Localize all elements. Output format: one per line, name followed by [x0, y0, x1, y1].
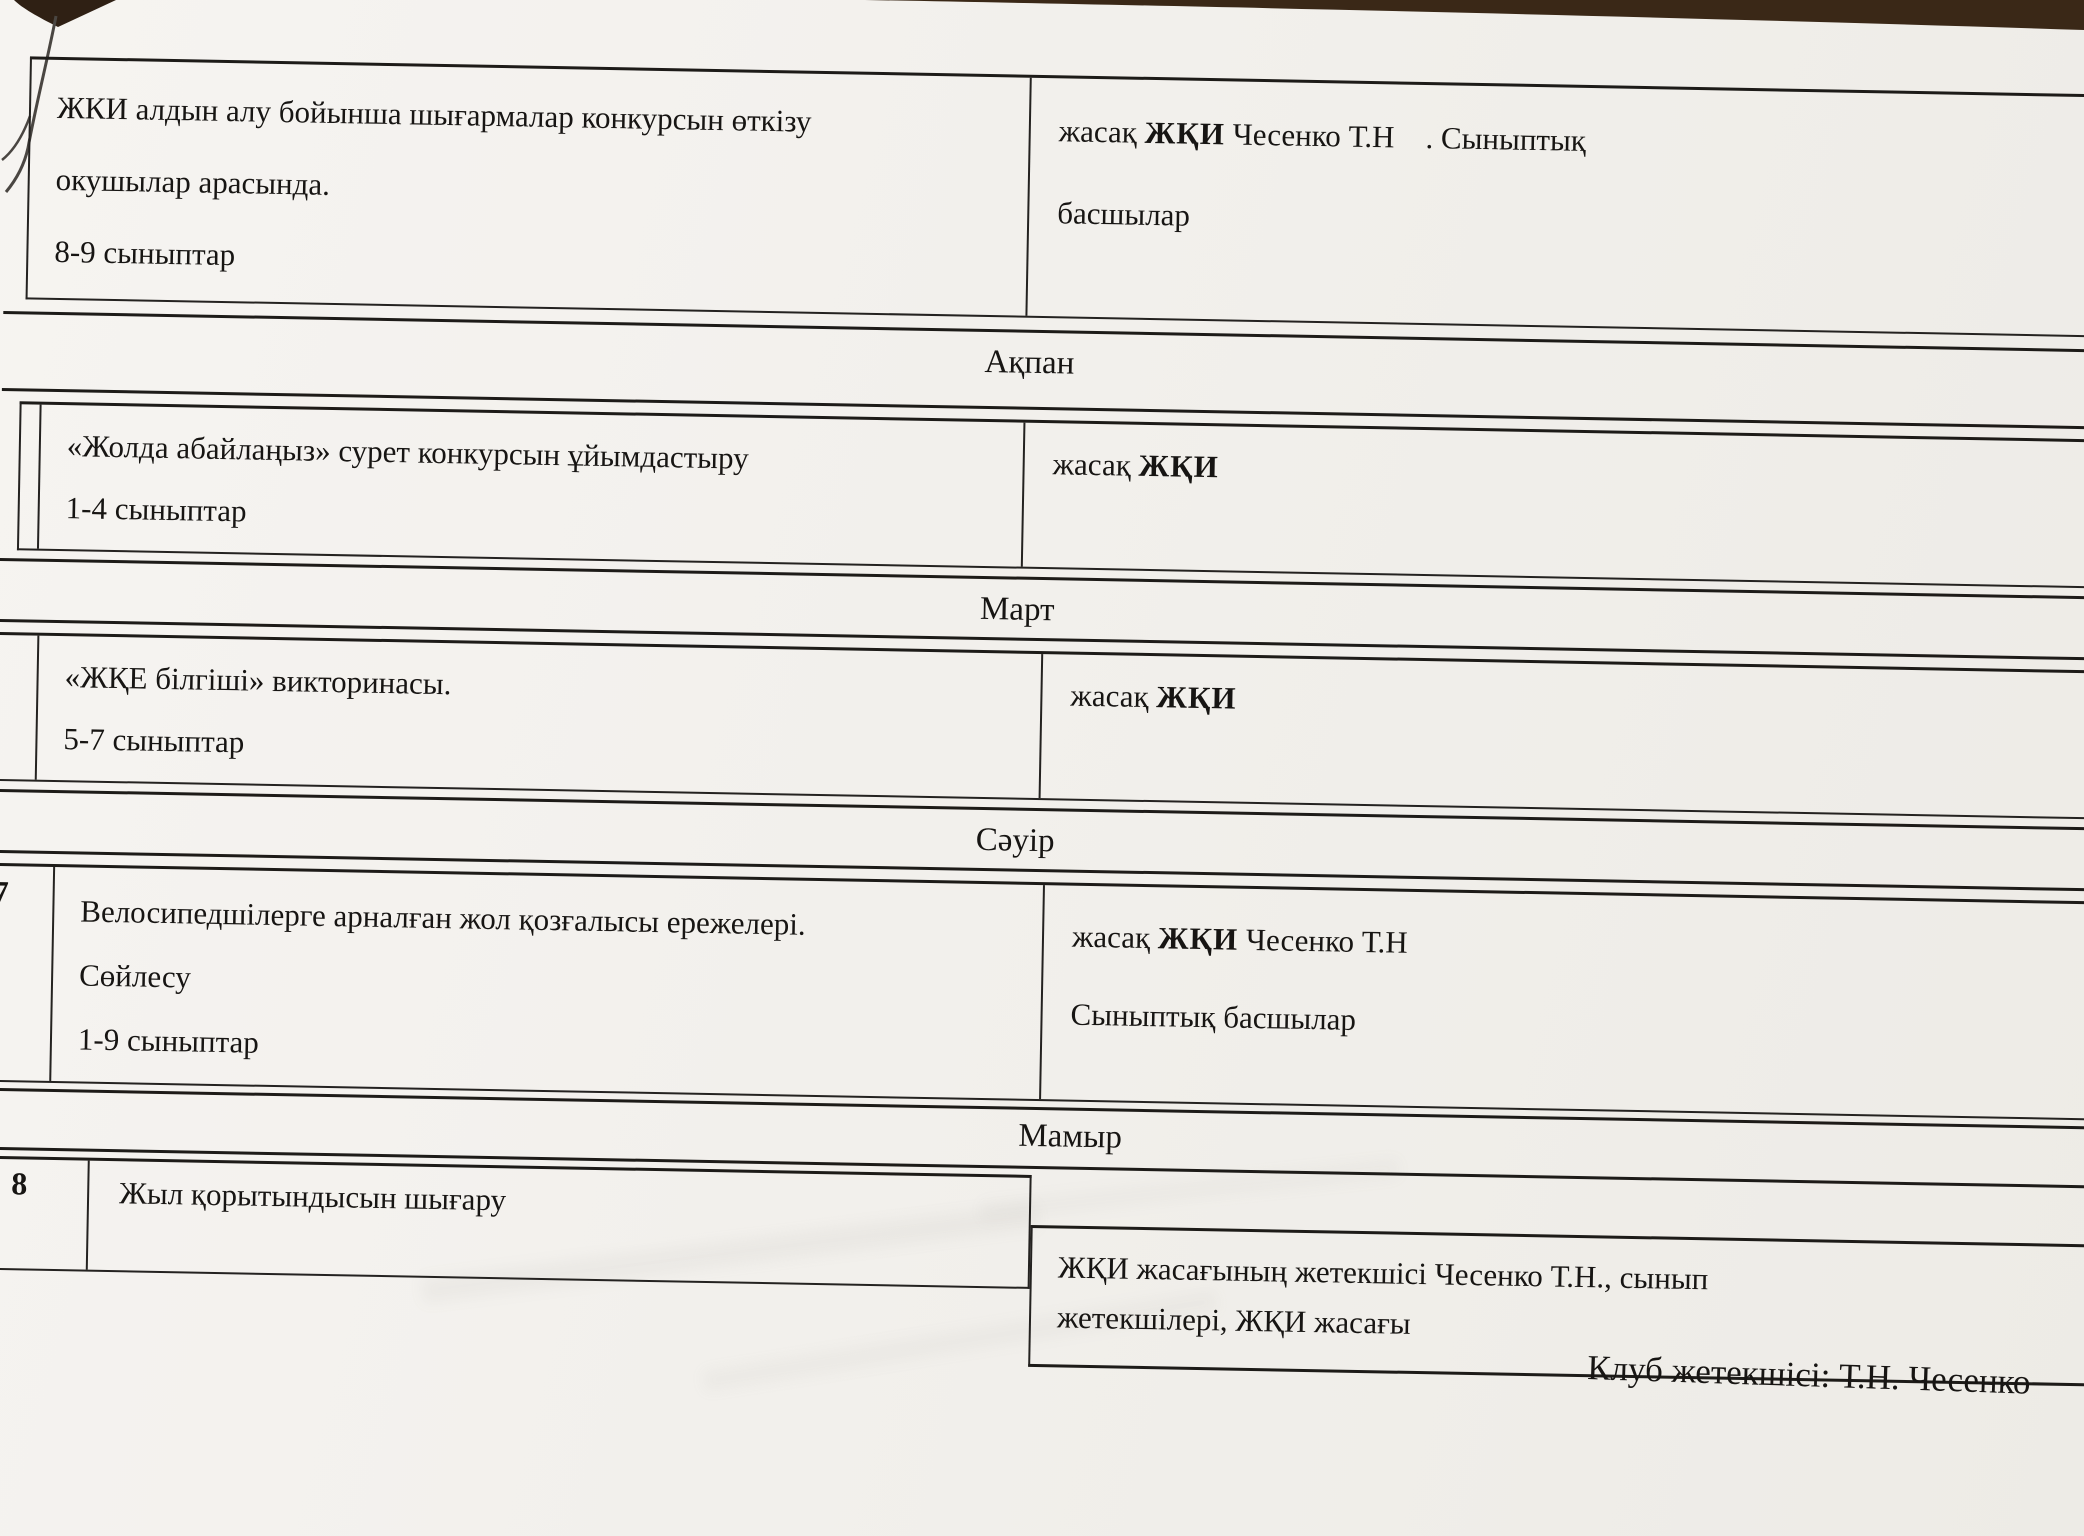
responsible-text: Сыныптық басшылар: [1070, 976, 2084, 1076]
responsible-cell: жасақ ЖҚИ: [1023, 423, 2084, 591]
activity-cell: «ЖҚЕ білгіші» викторинасы. 5-7 сыныптар: [37, 636, 1043, 798]
month-label-march: Март: [980, 591, 1055, 629]
scanned-document-page: { "months": { "february": "Ақпан", "marc…: [0, 0, 2084, 1536]
responsible-text: басшылар: [1057, 172, 2084, 277]
page-corner-fold: [14, 0, 116, 27]
responsible-cell: жасақ ЖҚИ Чесенко Т.Н . Сыныптық басшыла…: [1027, 78, 2084, 340]
table-row: 7 Велосипедшілерге арналған жол қозғалыс…: [0, 863, 2084, 1125]
month-label-february: Ақпан: [984, 344, 1075, 383]
row-left-box: 8 Жыл қорытындысын шығару: [0, 1156, 1032, 1289]
responsible-text: жасақ ЖҚИ: [1052, 433, 2084, 518]
scanner-edge-strip: [865, 0, 2084, 30]
responsible-text-part: Чесенко Т.Н: [1238, 922, 1408, 960]
activity-text: Жыл қорытындысын шығару: [119, 1175, 507, 1218]
responsible-text-bold: ЖҚИ: [1158, 920, 1239, 956]
row-number: 8: [11, 1165, 28, 1201]
row-number-cell: 6: [0, 635, 39, 780]
activity-cell: «Жолда абайлаңыз» сурет конкурсын ұйымда…: [39, 405, 1025, 567]
month-label-may: Мамыр: [1018, 1118, 1122, 1157]
responsible-text-part: Чесенко Т.Н . Сыныптық: [1225, 116, 1587, 158]
row-number-cell: 8: [0, 1159, 90, 1270]
month-label-april: Сәуір: [975, 822, 1054, 860]
activity-cell: Велосипедшілерге арналған жол қозғалысы …: [51, 867, 1045, 1099]
responsible-cell: жасақ ЖҚИ: [1041, 654, 2084, 821]
responsible-text-part: жасақ: [1058, 113, 1145, 150]
activity-cell: ЖКИ алдын алу бойынша шығармалар конкурс…: [28, 59, 1032, 315]
responsible-cell: жасақ ЖҚИ Чесенко Т.Н Сыныптық басшылар: [1041, 885, 2084, 1122]
responsible-text-part: жасақ: [1052, 446, 1139, 483]
activity-cell: Жыл қорытындысын шығару: [88, 1161, 531, 1278]
responsible-text-bold: ЖҚИ: [1156, 679, 1237, 715]
row-number-cell: 7: [0, 866, 55, 1081]
table-row: ЖКИ алдын алу бойынша шығармалар конкурс…: [26, 56, 2084, 341]
responsible-text-part: жасақ: [1072, 919, 1159, 956]
responsible-text-part: жасақ: [1070, 678, 1157, 715]
row-number: 7: [0, 874, 9, 910]
responsible-text: жасақ ЖҚИ: [1070, 665, 2084, 749]
responsible-text-bold: ЖҚИ: [1138, 448, 1219, 484]
plan-table: ЖКИ алдын алу бойынша шығармалар конкурс…: [0, 56, 2084, 1408]
responsible-text-bold: ЖҚИ: [1144, 115, 1225, 151]
row-number-cell: [19, 404, 42, 548]
